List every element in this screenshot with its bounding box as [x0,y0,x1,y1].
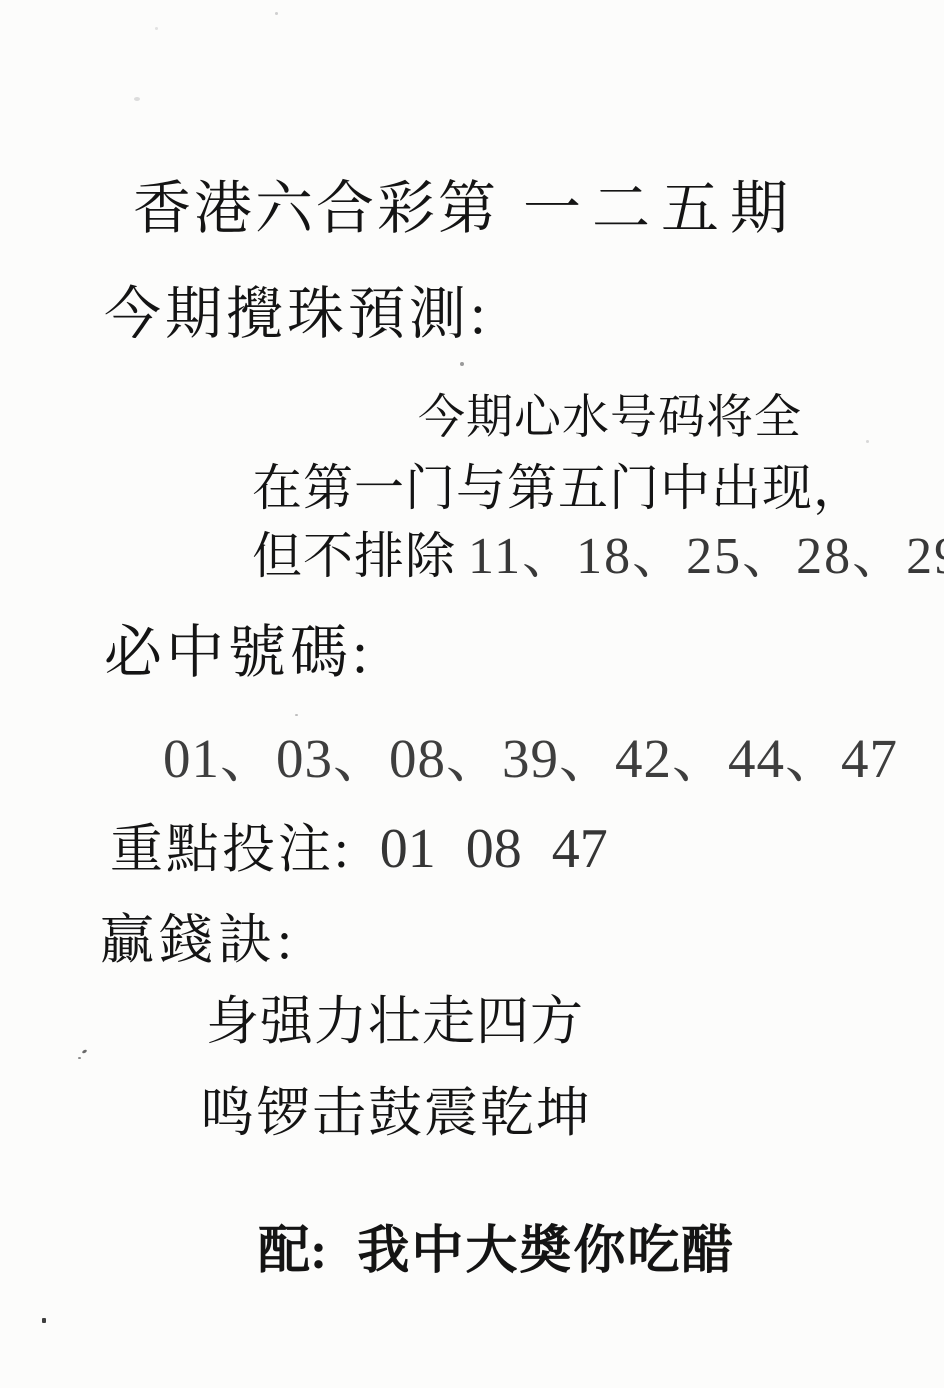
scan-speck [460,362,464,366]
forecast-line-3-text: 但不排除 [252,528,456,584]
scan-speck [134,97,140,101]
title-main-text: 香港六合彩第 [133,176,499,241]
scanned-lottery-sheet: 香港六合彩第一二五期 今期攪珠預測: 今期心水号码将全 在第一门与第五门中出现，… [0,0,944,1388]
win-formula-verse-2: 鸣锣击鼓震乾坤 [200,1084,592,1142]
win-formula-verse-1: 身强力壮走四方 [206,994,584,1051]
key-bet-line: 重點投注:01 08 47 [110,819,608,879]
scan-speck [155,27,158,30]
forecast-line-2: 在第一门与第五门中出现， [252,461,864,515]
pairing-text: 我中大奬你吃醋 [357,1223,735,1280]
forecast-line-1: 今期心水号码将全 [418,393,802,444]
key-bet-numbers: 01 08 47 [380,818,608,880]
pairing-label: 配: [258,1223,327,1280]
win-formula-label: 贏錢訣: [100,911,297,969]
key-bet-label: 重點投注: [110,821,352,879]
draw-forecast-heading: 今期攪珠預測: [104,284,490,346]
scan-speck [866,440,869,443]
scan-speck [78,1057,81,1059]
must-hit-numbers: 01、03、08、39、42、44、47 [163,729,898,788]
forecast-line-3: 但不排除11、18、25、28、29 [252,529,944,585]
scan-speck [82,1049,88,1054]
page-title: 香港六合彩第一二五期 [133,178,799,241]
must-hit-label: 必中號碼: [104,622,372,685]
pairing-line: 配:我中大奬你吃醋 [258,1224,735,1280]
not-excluded-numbers: 11、18、25、28、29 [468,528,944,585]
scan-speck [275,12,278,15]
scan-speck [42,1318,46,1323]
title-issue-number: 一二五期 [523,176,799,241]
scan-speck [295,714,298,716]
